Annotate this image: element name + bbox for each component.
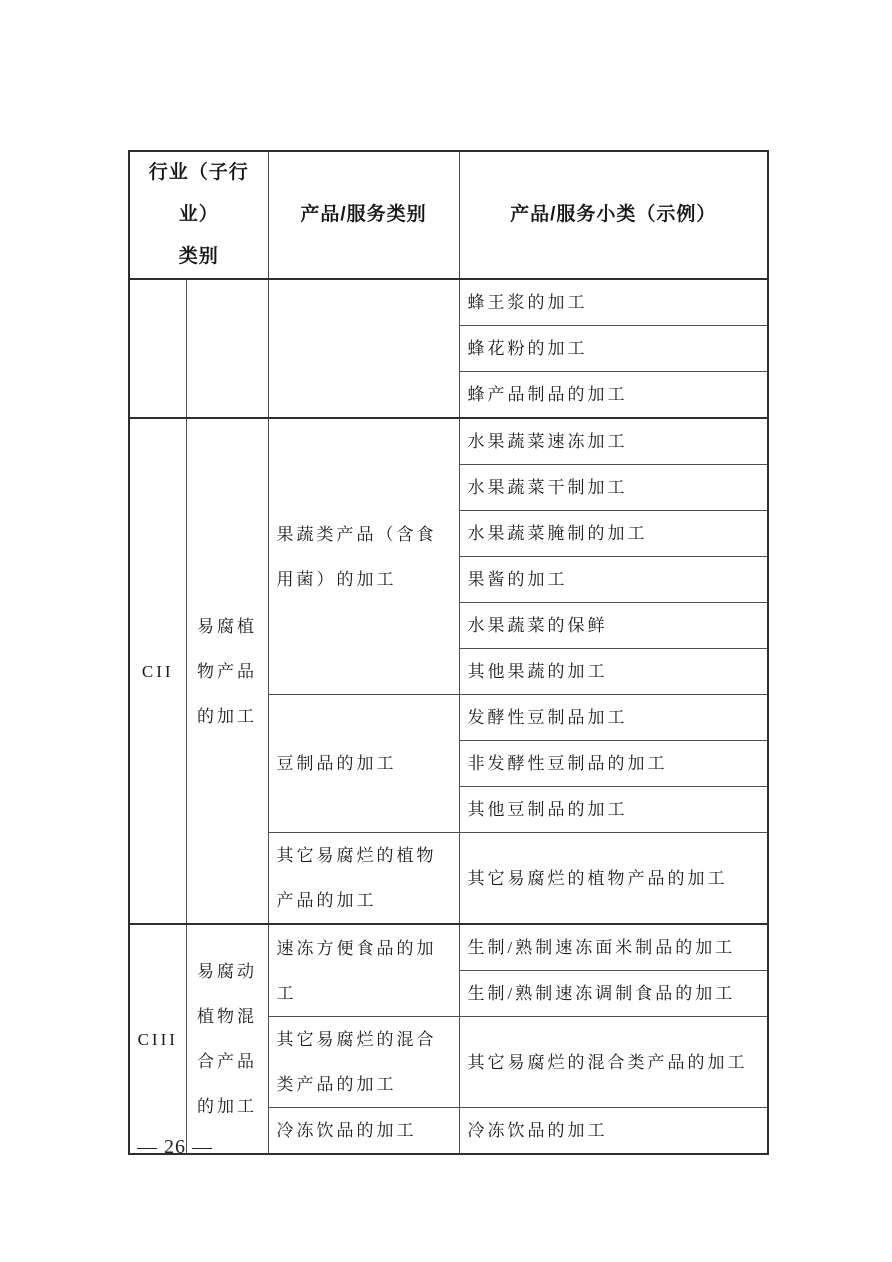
item-cell: 发酵性豆制品加工: [459, 695, 768, 741]
item-cell: 水果蔬菜的保鲜: [459, 603, 768, 649]
header-row: 行业（子行业） 类别 产品/服务类别 产品/服务小类（示例）: [129, 151, 768, 279]
item-cell: 其他果蔬的加工: [459, 649, 768, 695]
category-cell: 其它易腐烂的混合类产品的加工: [268, 1017, 459, 1108]
industry-code-cell: CII: [129, 418, 186, 924]
item-cell: 其它易腐烂的植物产品的加工: [459, 833, 768, 925]
page-number: — 26 —: [137, 1136, 213, 1159]
item-cell: 水果蔬菜速冻加工: [459, 418, 768, 465]
category-cell: 果蔬类产品（含食用菌）的加工: [268, 418, 459, 695]
category-cell: [268, 279, 459, 418]
document-page: 行业（子行业） 类别 产品/服务类别 产品/服务小类（示例） 蜂王浆的加工蜂花粉…: [0, 0, 892, 1262]
category-cell: 其它易腐烂的植物产品的加工: [268, 833, 459, 925]
category-cell: 豆制品的加工: [268, 695, 459, 833]
industry-name-cell: 易腐动植物混合产品的加工: [186, 924, 268, 1154]
table-header: 行业（子行业） 类别 产品/服务类别 产品/服务小类（示例）: [129, 151, 768, 279]
item-cell: 生制/熟制速冻调制食品的加工: [459, 971, 768, 1017]
item-cell: 水果蔬菜腌制的加工: [459, 511, 768, 557]
category-cell: 冷冻饮品的加工: [268, 1108, 459, 1155]
item-cell: 非发酵性豆制品的加工: [459, 741, 768, 787]
item-cell: 冷冻饮品的加工: [459, 1108, 768, 1155]
item-cell: 蜂产品制品的加工: [459, 372, 768, 419]
table-container: 行业（子行业） 类别 产品/服务类别 产品/服务小类（示例） 蜂王浆的加工蜂花粉…: [128, 150, 769, 1155]
table-row: CII易腐植物产品的加工果蔬类产品（含食用菌）的加工水果蔬菜速冻加工: [129, 418, 768, 465]
header-product-service-subcategory: 产品/服务小类（示例）: [459, 151, 768, 279]
item-cell: 蜂王浆的加工: [459, 279, 768, 326]
item-cell: 其他豆制品的加工: [459, 787, 768, 833]
header-product-service-category: 产品/服务类别: [268, 151, 459, 279]
category-cell: 速冻方便食品的加工: [268, 924, 459, 1017]
item-cell: 水果蔬菜干制加工: [459, 465, 768, 511]
table-row: 蜂王浆的加工: [129, 279, 768, 326]
item-cell: 果酱的加工: [459, 557, 768, 603]
item-cell: 生制/熟制速冻面米制品的加工: [459, 924, 768, 971]
table-body: 蜂王浆的加工蜂花粉的加工蜂产品制品的加工CII易腐植物产品的加工果蔬类产品（含食…: [129, 279, 768, 1154]
industry-code-cell: [129, 279, 186, 418]
industry-name-cell: [186, 279, 268, 418]
industry-code-cell: CIII: [129, 924, 186, 1154]
item-cell: 蜂花粉的加工: [459, 326, 768, 372]
industry-name-cell: 易腐植物产品的加工: [186, 418, 268, 924]
item-cell: 其它易腐烂的混合类产品的加工: [459, 1017, 768, 1108]
document-table: 行业（子行业） 类别 产品/服务类别 产品/服务小类（示例） 蜂王浆的加工蜂花粉…: [128, 150, 769, 1155]
header-industry-category: 行业（子行业） 类别: [129, 151, 268, 279]
table-row: CIII易腐动植物混合产品的加工速冻方便食品的加工生制/熟制速冻面米制品的加工: [129, 924, 768, 971]
